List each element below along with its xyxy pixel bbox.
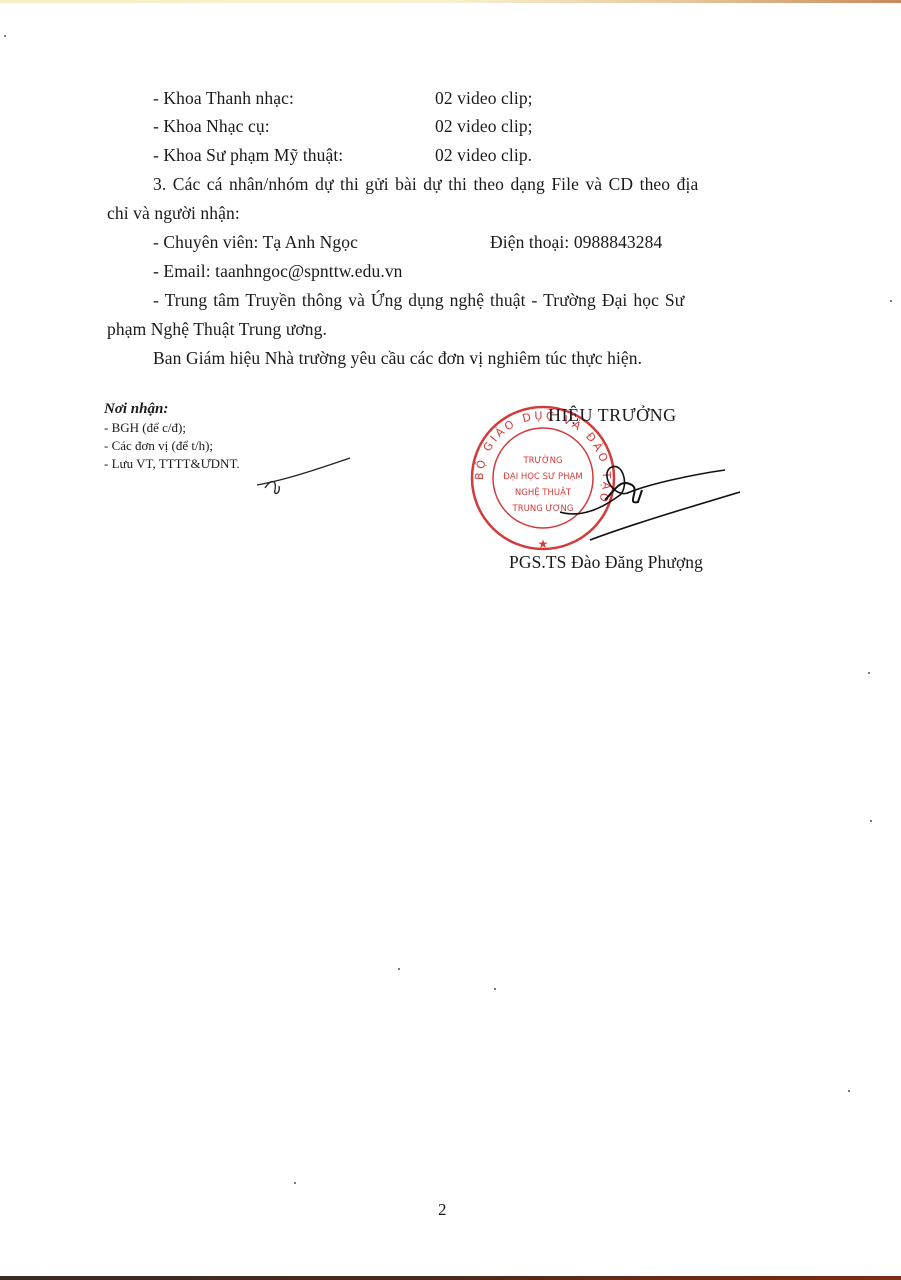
recipient-item: - Lưu VT, TTTT&ƯDNT. [104, 456, 240, 472]
recipients-title: Nơi nhận: [104, 401, 168, 418]
specialist-name: - Chuyên viên: Tạ Anh Ngọc [153, 232, 358, 253]
faculty-value: 02 video clip. [435, 145, 532, 166]
page-number: 2 [438, 1200, 447, 1220]
scan-speck [868, 672, 870, 674]
scan-speck [494, 988, 496, 990]
svg-text:TRƯỜNG: TRƯỜNG [522, 454, 562, 466]
scan-speck [398, 968, 400, 970]
item3-text: 3. Các cá nhân/nhóm dự thi gửi bài dự th… [153, 174, 698, 195]
scan-speck [294, 1182, 296, 1184]
signer-name: PGS.TS Đào Đăng Phượng [509, 552, 703, 573]
faculty-value: 02 video clip; [435, 88, 533, 109]
center-address-cont: phạm Nghệ Thuật Trung ương. [107, 319, 327, 340]
faculty-row: - Khoa Thanh nhạc: [153, 88, 294, 109]
faculty-value: 02 video clip; [435, 116, 533, 137]
faculty-label: - Khoa Nhạc cụ: [153, 116, 270, 136]
scan-top-edge [0, 0, 901, 3]
initials-mark-icon [255, 450, 355, 500]
recipient-item: - Các đơn vị (để t/h); [104, 438, 213, 454]
svg-text:★: ★ [538, 537, 549, 551]
scan-speck [870, 820, 872, 822]
signer-title: HIỆU TRƯỞNG [548, 405, 677, 426]
faculty-row: - Khoa Nhạc cụ: [153, 116, 270, 137]
faculty-label: - Khoa Sư phạm Mỹ thuật: [153, 145, 343, 165]
faculty-label: - Khoa Thanh nhạc: [153, 88, 294, 108]
specialist-phone: Điện thoại: 0988843284 [490, 232, 662, 253]
item3-text-cont: chỉ và người nhận: [107, 203, 240, 224]
scan-speck [890, 300, 892, 302]
scan-speck [848, 1090, 850, 1092]
scan-speck [4, 35, 6, 37]
center-address: - Trung tâm Truyền thông và Ứng dụng ngh… [153, 290, 684, 311]
scan-bottom-edge [0, 1276, 901, 1280]
closing-statement: Ban Giám hiệu Nhà trường yêu cầu các đơn… [153, 348, 642, 369]
recipient-item: - BGH (để c/đ); [104, 420, 186, 436]
handwritten-signature-icon [560, 440, 740, 560]
faculty-row: - Khoa Sư phạm Mỹ thuật: [153, 145, 343, 166]
contact-email: - Email: taanhngoc@spnttw.edu.vn [153, 261, 403, 282]
